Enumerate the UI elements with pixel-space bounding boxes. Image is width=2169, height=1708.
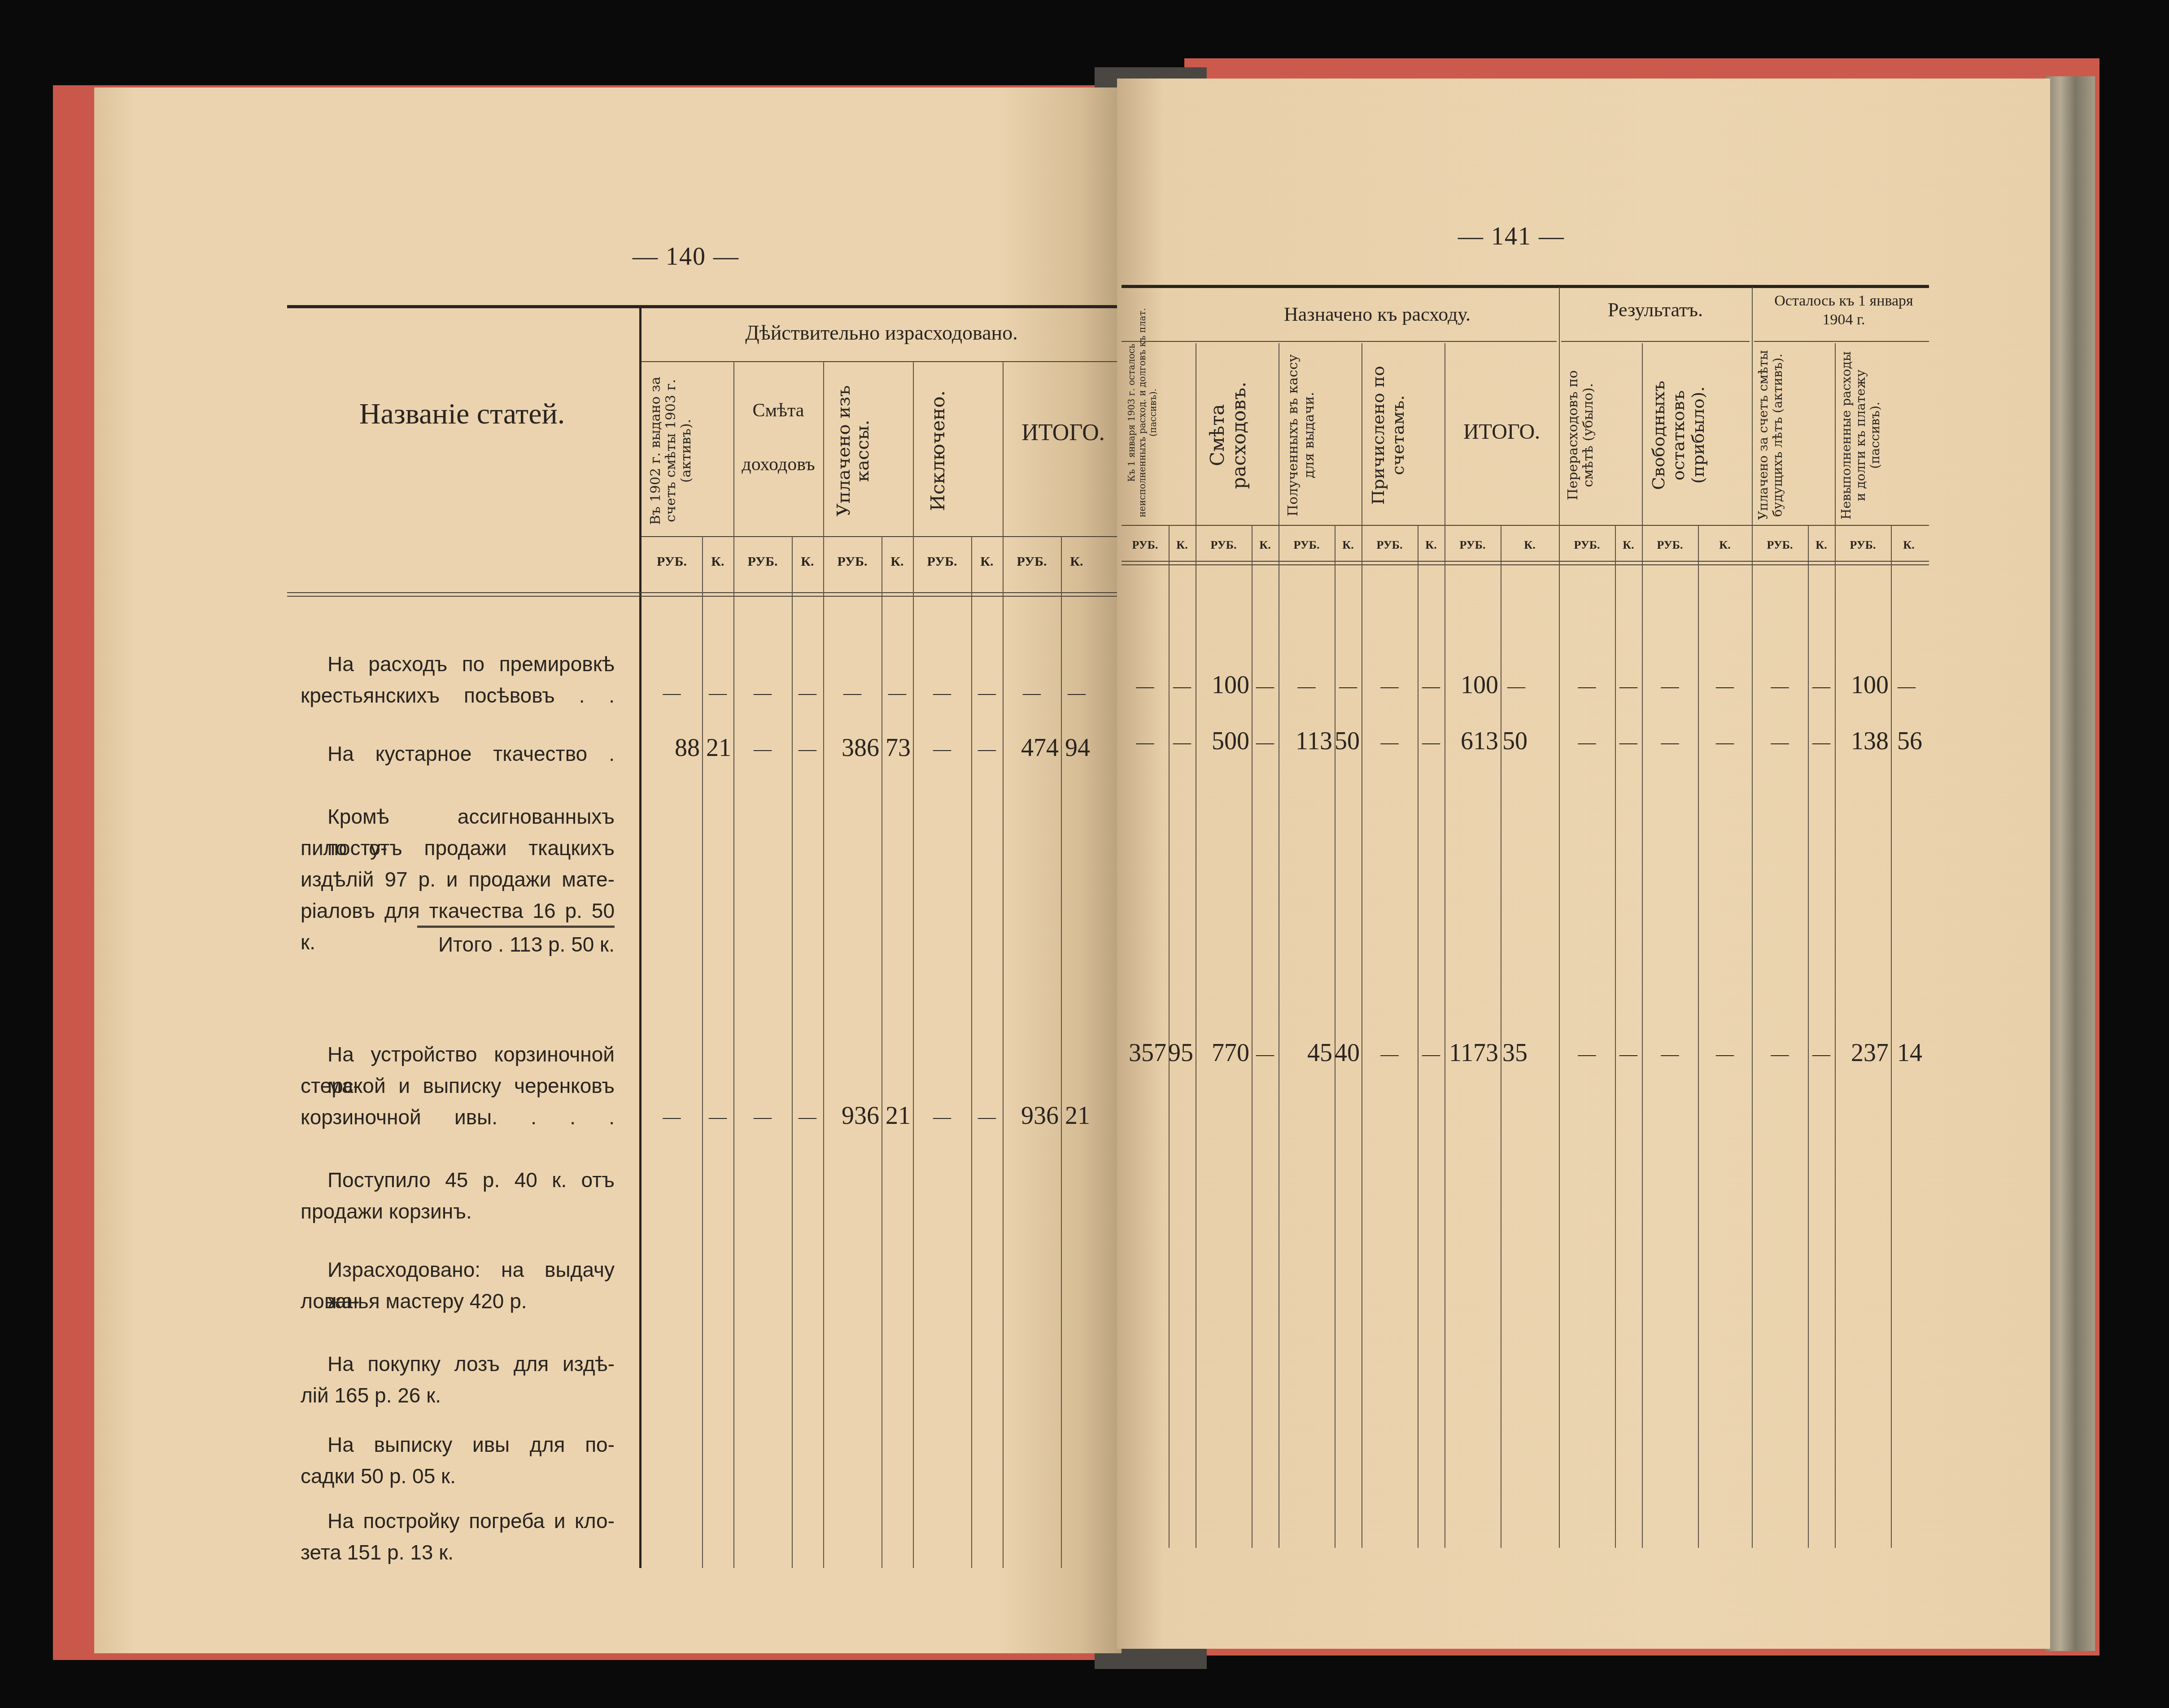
column-header-paid: Уплачено изъ кассы. [834,368,902,534]
cell: — [1364,675,1415,696]
cell: — [973,1106,1000,1127]
cell: — [1617,675,1640,696]
left-page: — 140 — Названіе статей. Дѣйствительно и… [94,87,1122,1653]
group-header-result: Результатъ. [1561,298,1750,321]
cell: 21 [882,1101,911,1130]
col-line [1252,525,1253,1548]
cell: — [1420,731,1442,752]
cell: — [1561,675,1613,696]
page-number-right: — 141 — [1458,222,1565,251]
cell: 474 [1005,734,1059,762]
cell: 100 [1837,671,1889,699]
unit-rub: РУБ. [1364,538,1415,552]
cell: — [1254,675,1276,696]
col-line [1003,361,1004,1568]
unit-kop: К. [973,554,1000,569]
unit-kop: К. [1337,538,1359,552]
group-header-remaining: Осталось къ 1 января 1904 г. [1763,292,1925,329]
cell: — [1644,1043,1696,1064]
cell: — [1617,1043,1640,1064]
col-line [733,361,734,1568]
row-text: Поступило 45 р. 40 к. отъ [301,1164,615,1196]
col-line [823,361,824,1568]
cell: 21 [1061,1101,1090,1130]
col-line [1335,525,1335,1548]
col-line [1196,343,1196,1548]
unit-kop: К. [1700,538,1750,552]
cell: 95 [1166,1039,1193,1067]
col-line [1501,525,1501,1548]
cell: — [1171,675,1193,696]
column-header-added: Причислено по счетамъ. [1368,348,1440,523]
cell: 770 [1198,1039,1249,1067]
unit-kop: К. [1810,538,1833,552]
column-header-unpaid: Невыполненные расходы и долги къ платежу… [1839,348,1925,523]
cell: 73 [882,734,911,762]
cell: 50 [1498,727,1527,756]
column-header-overspent: Перерасходовъ по смѣтѣ (убыло). [1566,348,1637,523]
col-line [913,361,914,1568]
cell: 237 [1837,1039,1889,1067]
cell: — [736,1106,790,1127]
table-top-rule [1122,285,1929,288]
row-text: продажи корзинъ. [301,1196,615,1227]
cell: — [973,682,1000,703]
column-header-total: ИТОГО. [1005,419,1122,446]
cell: — [736,682,790,703]
cell: — [1281,675,1332,696]
col-line [1445,343,1445,1548]
cell: 936 [1005,1101,1059,1130]
right-page: — 141 — Назначено къ расходу. Результатъ… [1117,79,2050,1649]
unit-kop: К. [1893,538,1925,552]
cell: 21 [702,734,731,762]
subtotal-text: Итого . 113 р. 50 к. [417,929,615,960]
cell: 35 [1498,1039,1527,1067]
cell: — [1810,731,1833,752]
cell: — [1810,1043,1833,1064]
col-line [1698,525,1699,1548]
col-line [1279,343,1279,1548]
col-line [1642,343,1643,1548]
row-text: На расходъ по премировкѣ [301,648,615,680]
column-divider-main [639,307,642,1568]
col-line [971,536,972,1568]
cell: 500 [1198,727,1249,756]
cell: 14 [1891,1039,1922,1067]
column-header-title: Названіе статей. [287,397,637,431]
table-top-rule [287,305,1122,308]
cell: — [1561,731,1613,752]
unit-rub: РУБ. [1754,538,1806,552]
cell: 56 [1891,727,1922,756]
column-header-1902: Въ 1902 г. выдано за счетъ смѣты 1903 г.… [648,368,729,534]
cell: — [1364,1043,1415,1064]
group-underline [1561,341,1750,342]
cell: — [644,682,700,703]
cell: — [1063,682,1090,703]
cell: 113 [1281,727,1332,756]
page-number-left: — 140 — [633,242,739,271]
col-line [792,536,793,1568]
unit-rub: РУБ. [1837,538,1889,552]
col-line [882,536,882,1568]
column-header-received: Полученныхъ въ кассу для выдачи. [1285,348,1357,523]
cell: — [1700,731,1750,752]
row-text: На кустарное ткачество . [301,738,615,769]
column-header-pending-1903: Къ 1 января 1903 г. осталось неисполненн… [1126,303,1193,523]
cell: 94 [1061,734,1090,762]
row-text: На постройку погреба и кло- [301,1505,615,1537]
col-line [1169,525,1170,1548]
unit-rub: РУБ. [1281,538,1332,552]
unit-kop: К. [704,554,731,569]
cell: 936 [825,1101,879,1130]
row-text: На покупку лозъ для издѣ- [301,1348,615,1380]
cell: 40 [1335,1039,1359,1067]
page-edges [2046,76,2095,1651]
unit-kop: К. [794,554,821,569]
cell: — [1617,731,1640,752]
row-text: корзиночной ивы. . . . [301,1101,615,1133]
row-text: стерской и выписку черенковъ [301,1070,615,1101]
column-header-total-right: ИТОГО. [1447,419,1557,444]
cell: — [1700,675,1750,696]
cell: — [736,738,790,759]
cell: — [915,682,969,703]
group-underline [642,361,1122,362]
row-text: издѣлій 97 р. и продажи мате- [301,864,615,895]
cell: — [1810,675,1833,696]
cell: — [1124,731,1166,752]
header-bottom-rule-2 [287,596,1122,597]
header-bottom-rule [287,592,1122,593]
group-divider [1559,287,1560,1548]
cell: — [1171,731,1193,752]
cell: — [884,682,911,703]
cell: — [1124,675,1166,696]
cell: — [1754,731,1806,752]
group-divider [1752,287,1753,1548]
unit-kop: К. [1063,554,1090,569]
cell: — [1005,682,1059,703]
subtotal-rule [417,926,615,928]
unit-kop: К. [1617,538,1640,552]
cell: — [973,738,1000,759]
unit-rub: РУБ. [1561,538,1613,552]
cell: — [1364,731,1415,752]
cell: — [1503,675,1530,696]
cell: — [1420,1043,1442,1064]
cell: 50 [1335,727,1359,756]
cell: 357 [1119,1039,1166,1067]
unit-rub: РУБ. [644,554,700,569]
cell: 100 [1447,671,1498,699]
column-header-free-balance: Свободныхъ остатковъ (прибыло). [1649,348,1747,523]
unit-kop: К. [884,554,911,569]
unit-rub: РУБ. [1644,538,1696,552]
unit-rub: РУБ. [1005,554,1059,569]
unit-rub: РУБ. [825,554,879,569]
group-header-assigned: Назначено къ расходу. [1198,303,1557,326]
cell: — [1644,675,1696,696]
cell: 386 [825,734,879,762]
column-header-expense-estimate: Смѣта расходовъ. [1207,348,1270,523]
row-text: садки 50 р. 05 к. [301,1460,615,1492]
cell: — [794,738,821,759]
cell: — [1893,675,1920,696]
group-underline [1754,341,1929,342]
cell: — [1420,675,1442,696]
col-line [1808,525,1809,1548]
col-line [702,536,703,1568]
unit-kop: К. [1254,538,1276,552]
cell: — [825,682,879,703]
cell: — [1754,1043,1806,1064]
cell: 1173 [1445,1039,1498,1067]
column-header-income-estimate: Смѣта доходовъ [736,384,821,491]
cell: 88 [644,734,700,762]
cell: 138 [1837,727,1889,756]
unit-rub: РУБ. [915,554,969,569]
cell: — [704,1106,731,1127]
unit-rub: РУБ. [1198,538,1249,552]
col-line [1061,536,1062,1568]
cell: — [704,682,731,703]
cell: — [644,1106,700,1127]
row-text: крестьянскихъ посѣвовъ . . [301,680,615,711]
cell: — [1561,1043,1613,1064]
unit-kop: К. [1420,538,1442,552]
cell: 100 [1198,671,1249,699]
row-text: зета 151 р. 13 к. [301,1537,615,1568]
row-text: лій 165 р. 26 к. [301,1380,615,1411]
cell: — [794,1106,821,1127]
column-header-future-paid: Уплачено за счетъ смѣты будущихъ лѣтъ (а… [1756,348,1830,523]
row-text: пило отъ продажи ткацкихъ [301,832,615,864]
cell: — [794,682,821,703]
column-header-excluded: Исключено. [929,368,987,534]
cell: — [1754,675,1806,696]
cell: — [1254,1043,1276,1064]
unit-kop: К. [1171,538,1193,552]
unit-rub: РУБ. [736,554,790,569]
unit-rub: РУБ. [1124,538,1166,552]
cell: 613 [1447,727,1498,756]
row-text: лованья мастеру 420 р. [301,1285,615,1317]
col-line [1362,343,1362,1548]
cell: — [1337,675,1359,696]
cell: — [915,1106,969,1127]
unit-rub: РУБ. [1447,538,1498,552]
cell: — [1644,731,1696,752]
cell: — [1254,731,1276,752]
col-line [1615,525,1616,1548]
col-line [1891,525,1892,1548]
unit-kop: К. [1503,538,1557,552]
group-header-spent: Дѣйствительно израсходовано. [642,321,1122,345]
cell: 45 [1281,1039,1332,1067]
col-line [1835,343,1836,1548]
row-text: На выписку ивы для по- [301,1429,615,1460]
cell: — [915,738,969,759]
col-line [1418,525,1418,1548]
cell: — [1700,1043,1750,1064]
